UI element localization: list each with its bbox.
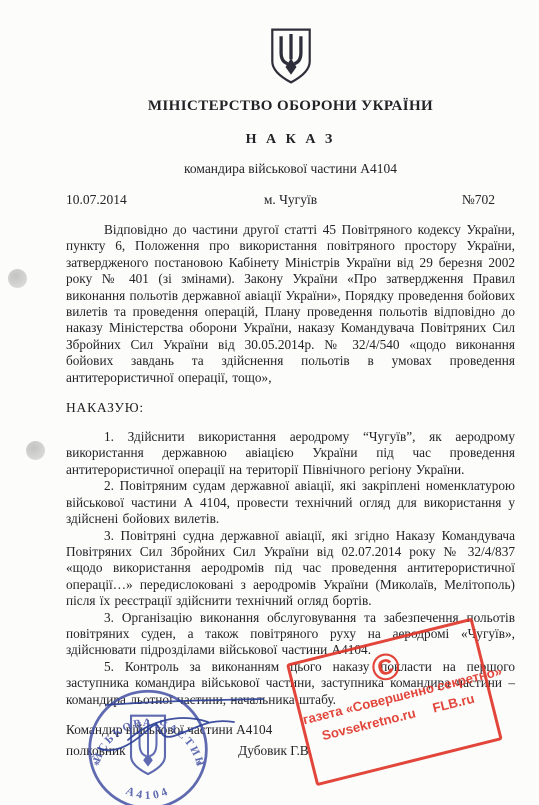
emblem-wrap — [66, 27, 515, 90]
order-item-1: 1. Здійснити використання аеродрому “Чуг… — [66, 429, 515, 478]
issuer-line: командира військової частини А4104 — [66, 161, 515, 177]
hole-punch-bottom — [26, 441, 45, 460]
order-number: №702 — [367, 192, 515, 208]
handwritten-signature — [58, 678, 288, 778]
preamble-paragraph: Відповідно до частини другої статті 45 П… — [66, 222, 515, 386]
scanned-order-page: МІНІСТЕРСТВО ОБОРОНИ УКРАЇНИ Н А К А З к… — [0, 0, 539, 805]
document-type-title: Н А К А З — [66, 132, 515, 148]
resolution-word: НАКАЗУЮ: — [66, 400, 515, 416]
ukraine-trident-icon — [269, 27, 313, 85]
stamp-unit-number: А4104 — [124, 784, 172, 802]
order-date: 10.07.2014 — [66, 192, 214, 208]
order-item-3: 3. Повітряні судна державної авіації, як… — [66, 528, 515, 610]
hole-punch-top — [8, 269, 27, 288]
ministry-title: МІНІСТЕРСТВО ОБОРОНИ УКРАЇНИ — [66, 98, 515, 115]
date-place-number-row: 10.07.2014 м. Чугуїв №702 — [66, 192, 515, 208]
order-place: м. Чугуїв — [214, 192, 367, 208]
order-item-2: 2. Повітряним судам державної авіації, я… — [66, 478, 515, 527]
